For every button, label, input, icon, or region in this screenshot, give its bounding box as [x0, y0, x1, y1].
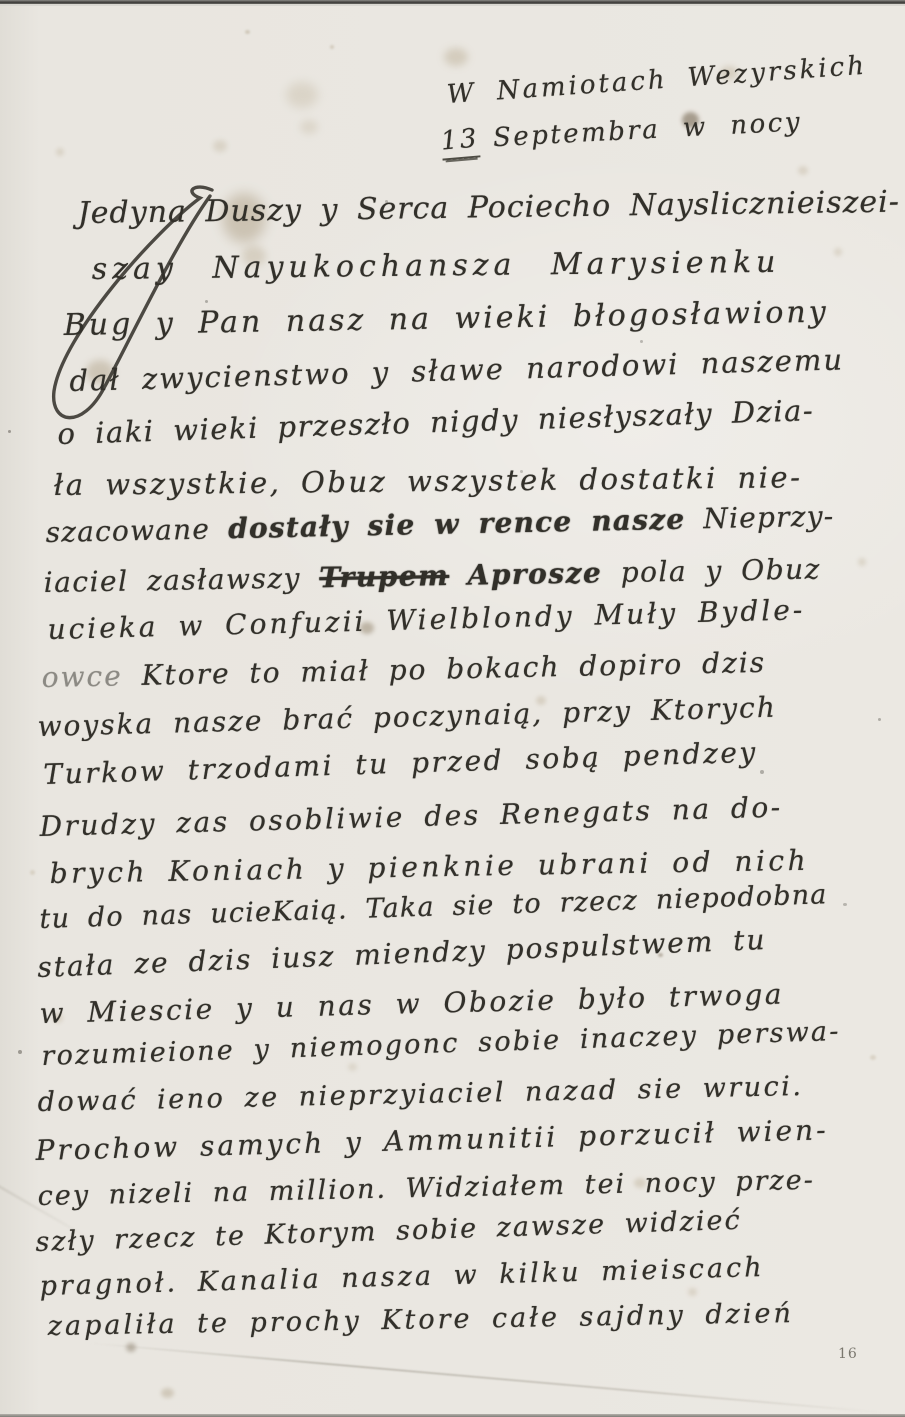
stain-spot: [348, 1063, 357, 1071]
stain-spot: [286, 82, 318, 108]
stain-spot: [640, 340, 643, 343]
page-number: 16: [838, 1346, 858, 1362]
stain-spot: [245, 30, 250, 34]
line-segment: Nieprzy-: [685, 499, 835, 535]
date-rest: Septembra w nocy: [492, 107, 802, 153]
stain-spot: [834, 248, 842, 256]
stain-spot: [760, 770, 764, 774]
manuscript-page: W Namiotach Wezyrskich 13Septembra w noc…: [0, 0, 905, 1417]
stain-spot: [56, 148, 64, 156]
stain-spot: [30, 870, 35, 875]
manuscript-line-20: Prochow samych y Ammunitii porzucił wien…: [35, 1113, 829, 1167]
line-segment: szay Nayukochansza Marysienku: [92, 245, 781, 287]
manuscript-line-19: dować ieno ze nieprzyiaciel nazad sie wr…: [37, 1071, 803, 1118]
stain-spot: [843, 903, 847, 906]
stain-spot: [300, 120, 318, 134]
line-segment: pragnoł. Kanalia nasza w kilku mieiscach: [39, 1252, 765, 1302]
line-segment: szacowane: [45, 512, 228, 549]
line-segment: Aprosze: [467, 556, 602, 591]
manuscript-line-8: iaciel zasławszy Trupem Aprosze pola y O…: [43, 552, 821, 599]
manuscript-line-12: Turkow trzodami tu przed sobą pendzey: [43, 736, 758, 791]
line-segment: owce: [41, 659, 123, 694]
line-segment: pola y Obuz: [602, 552, 821, 589]
line-segment: [449, 559, 468, 592]
line-segment: ła wszystkie, Obuz wszystek dostatki nie…: [54, 460, 803, 502]
manuscript-line-7: szacowane dostały sie w rence nasze Niep…: [45, 499, 834, 549]
line-segment: dostały sie w rence nasze: [228, 503, 686, 546]
date-number: 13: [440, 123, 481, 160]
scan-top-edge-highlight: [0, 4, 905, 6]
manuscript-line-22: szły rzecz te Ktorym sobie zawsze widzie…: [35, 1205, 742, 1258]
stain-spot: [870, 1055, 876, 1060]
line-segment: cey nizeli na million. Widziałem tei noc…: [37, 1165, 815, 1212]
line-segment: Ktore to miał po bokach dopiro dzis: [122, 646, 766, 692]
manuscript-line-23: pragnoł. Kanalia nasza w kilku mieiscach: [39, 1252, 765, 1302]
header-place-line: W Namiotach Wezyrskich: [446, 51, 868, 110]
stain-spot: [444, 48, 468, 66]
manuscript-line-6: ła wszystkie, Obuz wszystek dostatki nie…: [54, 460, 803, 502]
stain-spot: [858, 558, 866, 566]
line-segment: ucieka w Confuzii Wielblondy Muły Bydle-: [47, 593, 806, 646]
line-segment: stała ze dzis iusz miendzy pospulstwem t…: [37, 923, 767, 984]
manuscript-line-9: ucieka w Confuzii Wielblondy Muły Bydle-: [47, 593, 806, 646]
stain-spot: [213, 140, 227, 152]
manuscript-line-10: owce Ktore to miał po bokach dopiro dzis: [41, 646, 766, 694]
line-segment: woyska nasze brać poczynaią, przy Ktoryc…: [37, 691, 777, 743]
line-segment: szły rzecz te Ktorym sobie zawsze widzie…: [35, 1205, 742, 1258]
stain-spot: [8, 430, 11, 433]
line-segment: Trupem: [319, 559, 449, 594]
manuscript-line-21: cey nizeli na million. Widziałem tei noc…: [37, 1165, 815, 1212]
header-date-line: 13Septembra w nocy: [440, 107, 803, 160]
paper-crease: [88, 1342, 885, 1414]
line-segment: Drudzy zas osobliwie des Renegats na do-: [39, 791, 783, 843]
stain-spot: [798, 166, 808, 175]
manuscript-line-16: stała ze dzis iusz miendzy pospulstwem t…: [37, 923, 767, 984]
manuscript-line-11: woyska nasze brać poczynaią, przy Ktoryc…: [37, 691, 777, 743]
line-segment: Prochow samych y Ammunitii porzucił wien…: [35, 1113, 829, 1167]
manuscript-line-13: Drudzy zas osobliwie des Renegats na do-: [39, 791, 783, 843]
stain-spot: [18, 1050, 22, 1054]
manuscript-line-24: zapaliła te prochy Ktore całe sajdny dzi…: [47, 1298, 794, 1342]
line-segment: zapaliła te prochy Ktore całe sajdny dzi…: [47, 1298, 794, 1342]
stain-spot: [330, 45, 334, 49]
stain-spot: [688, 1288, 697, 1296]
line-segment: iaciel zasławszy: [43, 561, 319, 599]
line-segment: dować ieno ze nieprzyiaciel nazad sie wr…: [37, 1071, 803, 1118]
line-segment: Turkow trzodami tu przed sobą pendzey: [43, 736, 758, 791]
stain-spot: [878, 718, 881, 721]
manuscript-line-2: szay Nayukochansza Marysienku: [92, 245, 781, 287]
stain-spot: [161, 1388, 174, 1398]
